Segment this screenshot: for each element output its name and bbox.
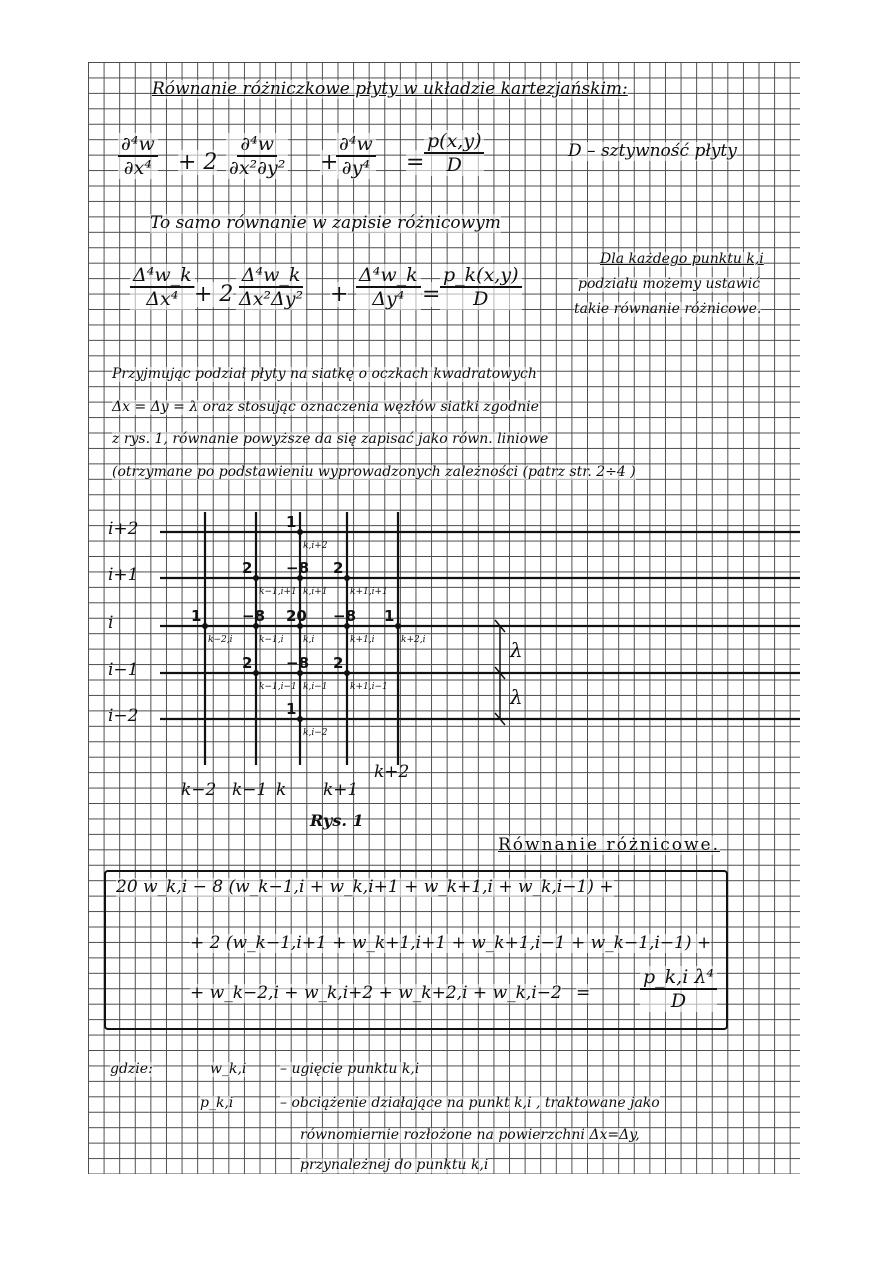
lambda-label: λ [509, 638, 523, 662]
stencil-node [297, 716, 303, 722]
denominator: D [668, 990, 689, 1012]
node-label: k,i+2 [303, 541, 328, 551]
result-line: + 2 (w_k−1,i+1 + w_k+1,i+1 + w_k+1,i−1 +… [190, 934, 711, 953]
node-coefficient: 2 [333, 559, 343, 577]
node-label: k,i+1 [303, 587, 327, 597]
lambda-label: λ [509, 685, 523, 709]
legend-w-desc: – ugięcie punktu k,i [280, 1062, 419, 1077]
stencil-node [344, 670, 350, 676]
numerator: p_k,i λ⁴ [640, 966, 717, 990]
result-heading: Równanie różnicowe. [498, 836, 720, 855]
stencil-node [253, 670, 259, 676]
node-coefficient: 2 [242, 559, 252, 577]
column-label: k [276, 780, 286, 800]
node-coefficient: 1 [286, 700, 296, 718]
node-label: k−1,i [259, 635, 284, 645]
node-label: k+1,i+1 [350, 587, 388, 597]
node-label: k−2,i [208, 635, 233, 645]
node-coefficient: −8 [242, 607, 265, 625]
row-label: i−1 [108, 660, 139, 680]
row-label: i [108, 613, 113, 633]
legend-p-desc: przynależnej do punktu k,i [300, 1158, 488, 1173]
legend-p-desc: – obciążenie działające na punkt k,i , t… [280, 1096, 660, 1111]
row-label: i+2 [108, 519, 139, 539]
result-equals: = [576, 984, 590, 1003]
stencil-node [344, 575, 350, 581]
node-label: k,i−2 [303, 728, 328, 738]
node-coefficient: 20 [286, 607, 307, 625]
node-label: k+1,i [350, 635, 375, 645]
column-label: k+1 [323, 780, 358, 800]
node-coefficient: 1 [384, 607, 394, 625]
node-coefficient: 1 [191, 607, 201, 625]
row-label: i+1 [108, 565, 139, 585]
node-coefficient: 2 [333, 654, 343, 672]
stencil-node [202, 623, 208, 629]
node-label: k,i [303, 635, 314, 645]
stencil-node [297, 529, 303, 535]
node-label: k,i−1 [303, 682, 327, 692]
column-label: k+2 [374, 762, 409, 782]
node-label: k+2,i [401, 635, 426, 645]
result-line: 20 w_k,i − 8 (w_k−1,i + w_k,i+1 + w_k+1,… [116, 878, 614, 897]
node-label: k−1,i+1 [259, 587, 297, 597]
legend-p-desc: równomiernie rozłożone na powierzchni Δx… [300, 1128, 640, 1143]
node-coefficient: 2 [242, 654, 252, 672]
node-label: k−1,i−1 [259, 682, 297, 692]
node-coefficient: −8 [333, 607, 356, 625]
figure-caption: Rys. 1 [309, 811, 364, 830]
column-label: k−1 [232, 780, 267, 800]
stencil-node [395, 623, 401, 629]
node-coefficient: −8 [286, 559, 309, 577]
node-coefficient: 1 [286, 513, 296, 531]
result-rhs: p_k,i λ⁴ D [640, 966, 717, 1012]
row-label: i−2 [108, 706, 139, 726]
legend-where: gdzie: [110, 1062, 153, 1077]
result-line: + w_k−2,i + w_k,i+2 + w_k+2,i + w_k,i−2 [190, 984, 562, 1003]
node-coefficient: −8 [286, 654, 309, 672]
node-label: k+1,i−1 [350, 682, 388, 692]
stencil-node [253, 575, 259, 581]
legend-w-symbol: w_k,i [210, 1062, 246, 1077]
column-label: k−2 [181, 780, 216, 800]
legend-p-symbol: p_k,i [200, 1096, 233, 1111]
